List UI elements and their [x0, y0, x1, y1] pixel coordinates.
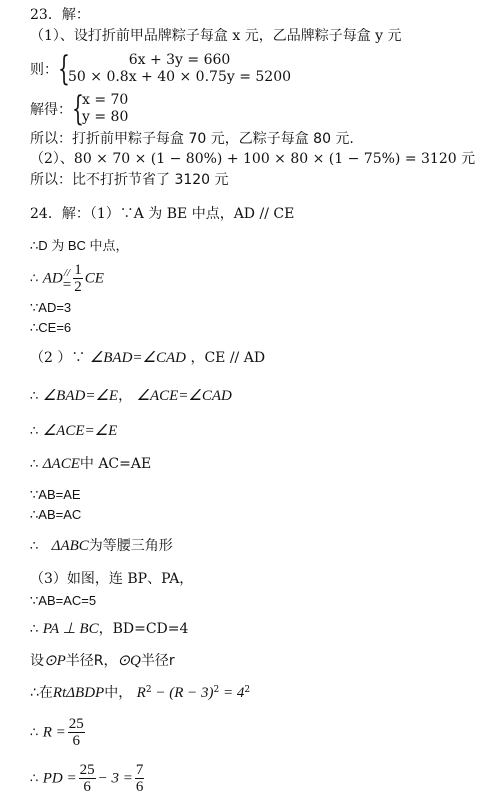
q24-line-8: ∴ ∠ACE=∠E	[30, 422, 117, 440]
q23-conclusion-1: 所以：打折前甲粽子每盒 70 元，乙粽子每盒 80 元.	[30, 130, 354, 148]
q23-title: 23．解：	[30, 6, 90, 24]
q24-line-7: ∴ ∠BAD=∠E， ∠ACE=∠CAD	[30, 387, 232, 405]
q24-line-10: ∵AB=AE	[30, 486, 81, 504]
q24-part2-line: （2 ）∵ ∠BAD=∠CAD ，CE // AD	[30, 349, 265, 367]
q24-line-14: ∵AB=AC=5	[30, 592, 96, 610]
solution-x: x = 70	[82, 92, 128, 109]
q24-line-4: ∵AD=3	[30, 299, 71, 317]
equation-2: 50 × 0.8x + 40 × 0.75y = 5200	[68, 69, 291, 86]
q24-line-12: ∴ ΔABC为等腰三角形	[30, 537, 173, 555]
q24-line-18: ∴ R =256	[30, 716, 87, 749]
q24-line-15: ∴ PA ⊥ BC，BD=CD=4	[30, 620, 188, 638]
equation-1: 6x + 3y = 660	[68, 52, 291, 69]
q24-line-16: 设⊙P半径R，⊙Q半径r	[30, 652, 175, 670]
fraction: 256	[79, 762, 96, 795]
fraction: 76	[135, 762, 145, 795]
brace-icon: {	[58, 52, 64, 86]
fraction: 256	[68, 716, 85, 749]
q24-part3: （3）如图，连 BP、PA，	[30, 570, 193, 588]
q23-part1-setup: （1）、设打折前甲品牌粽子每盒 x 元，乙品牌粽子每盒 y 元	[30, 27, 402, 45]
q24-line-19: ∴ PD =256− 3 =76	[30, 762, 146, 795]
q24-line-17: ∴在RtΔBDP中， R2 − (R − 3)2 = 42	[30, 684, 250, 702]
parallel-equal-symbol: //=	[63, 267, 71, 291]
q24-line-1: 24．解：（1）∵A 为 BE 中点，AD // CE	[30, 205, 294, 223]
q23-equation-system: 则： { 6x + 3y = 660 50 × 0.8x + 40 × 0.75…	[30, 52, 291, 86]
q24-line-11: ∴AB=AC	[30, 506, 81, 524]
solution-y: y = 80	[82, 109, 128, 126]
q23-solution-system: 解得： { x = 70 y = 80	[30, 92, 128, 126]
fraction: 12	[73, 262, 83, 295]
q23-conclusion-2: 所以：比不打折节省了 3120 元	[30, 171, 229, 189]
q24-line-2: ∴D 为 BC 中点，	[30, 237, 129, 255]
q24-line-5: ∴CE=6	[30, 319, 71, 337]
q23-part2: （2）、80 × 70 × (1 − 80%) + 100 × 80 × (1 …	[30, 150, 475, 168]
solve-label: 解得：	[30, 99, 72, 119]
q24-line-9: ∴ ΔACE中 AC=AE	[30, 455, 151, 473]
q24-line-3: ∴ AD//=12CE	[30, 262, 104, 295]
then-label: 则：	[30, 59, 58, 79]
brace-icon: {	[72, 92, 78, 126]
